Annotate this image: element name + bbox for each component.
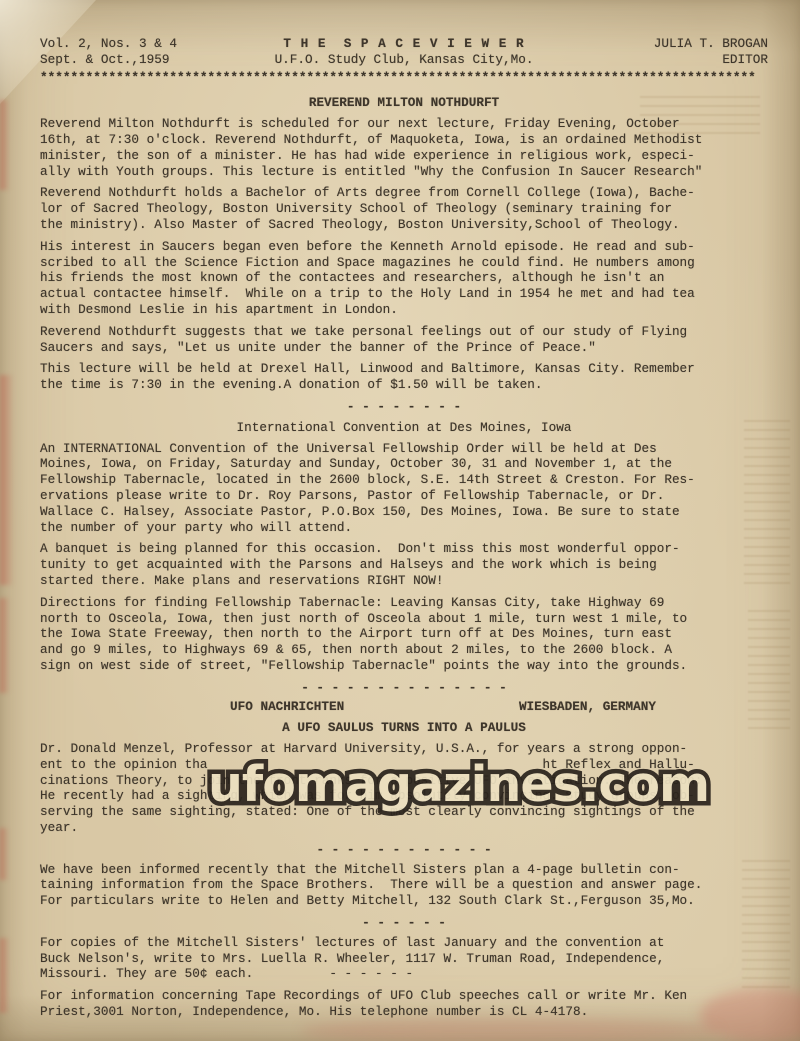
- red-bottom-smudge: [300, 1018, 720, 1041]
- paragraph: For copies of the Mitchell Sisters' lect…: [40, 935, 768, 982]
- text-line: ally with Youth groups. This lecture is …: [40, 164, 768, 180]
- paragraph: Dr. Donald Menzel, Professor at Harvard …: [40, 741, 768, 836]
- date-line: Sept. & Oct.,1959: [40, 52, 275, 68]
- text-line: his friends the most known of the contac…: [40, 270, 768, 286]
- text-line: Reverend Nothdurft suggests that we take…: [40, 324, 768, 340]
- text-line: Wallace C. Halsey, Associate Pastor, P.O…: [40, 504, 768, 520]
- scanned-newsletter-page: Vol. 2, Nos. 3 & 4 Sept. & Oct.,1959 T H…: [0, 0, 800, 1041]
- text-line: Directions for finding Fellowship Tabern…: [40, 595, 768, 611]
- text-line: His interest in Saucers began even befor…: [40, 239, 768, 255]
- text-line: Reverend Nothdurft holds a Bachelor of A…: [40, 185, 768, 201]
- text-line: started there. Make plans and reservatio…: [40, 573, 768, 589]
- document-body: REVEREND MILTON NOTHDURFTReverend Milton…: [40, 95, 768, 1019]
- dashed-separator: - - - - - - - - - - - - - -: [40, 680, 768, 696]
- text-line: scribed to all the Science Fiction and S…: [40, 255, 768, 271]
- text-line: An INTERNATIONAL Convention of the Unive…: [40, 441, 768, 457]
- text-line: Fellowship Tabernacle, located in the 26…: [40, 472, 768, 488]
- text-line: Priest,3001 Norton, Independence, Mo. Hi…: [40, 1004, 768, 1020]
- text-line: taining information from the Space Broth…: [40, 877, 768, 893]
- paragraph: We have been informed recently that the …: [40, 862, 768, 909]
- text-line: For information concerning Tape Recordin…: [40, 988, 768, 1004]
- section-heading: REVEREND MILTON NOTHDURFT: [40, 95, 768, 111]
- text-line: actual contactee himself. While on a tri…: [40, 286, 768, 302]
- text-line: ent to the opinion tha ht Reflex and Hal…: [40, 757, 768, 773]
- paragraph: Reverend Nothdurft holds a Bachelor of A…: [40, 185, 768, 232]
- text-line: For copies of the Mitchell Sisters' lect…: [40, 935, 768, 951]
- text-line: north to Osceola, Iowa, then just north …: [40, 611, 768, 627]
- paragraph: For information concerning Tape Recordin…: [40, 988, 768, 1020]
- page-content: Vol. 2, Nos. 3 & 4 Sept. & Oct.,1959 T H…: [0, 0, 800, 1020]
- paragraph: Directions for finding Fellowship Tabern…: [40, 595, 768, 674]
- text-line: cinations Theory, to join the front rank…: [40, 773, 768, 789]
- text-line: tunity to get acquainted with the Parson…: [40, 557, 768, 573]
- organization-line: U.F.O. Study Club, Kansas City,Mo.: [275, 52, 534, 68]
- paragraph: A banquet is being planned for this occa…: [40, 541, 768, 588]
- paragraph: Reverend Milton Nothdurft is scheduled f…: [40, 116, 768, 179]
- text-line: Buck Nelson's, write to Mrs. Luella R. W…: [40, 951, 768, 967]
- text-line: lor of Sacred Theology, Boston Universit…: [40, 201, 768, 217]
- masthead: Vol. 2, Nos. 3 & 4 Sept. & Oct.,1959 T H…: [40, 36, 768, 68]
- newsletter-title: T H E S P A C E V I E W E R: [275, 36, 534, 52]
- text-line: sign on west side of street, "Fellowship…: [40, 658, 768, 674]
- text-line: the ministry). Also Master of Sacred The…: [40, 217, 768, 233]
- text-line: This lecture will be held at Drexel Hall…: [40, 361, 768, 377]
- editor-name: JULIA T. BROGAN: [533, 36, 768, 52]
- text-line: A banquet is being planned for this occa…: [40, 541, 768, 557]
- text-line: Dr. Donald Menzel, Professor at Harvard …: [40, 741, 768, 757]
- text-line: For particulars write to Helen and Betty…: [40, 893, 768, 909]
- text-line: Reverend Milton Nothdurft is scheduled f…: [40, 116, 768, 132]
- editor-role: EDITOR: [533, 52, 768, 68]
- paragraph: His interest in Saucers began even befor…: [40, 239, 768, 318]
- text-line: the number of your party who will attend…: [40, 520, 768, 536]
- text-line: year.: [40, 820, 768, 836]
- section-heading: A UFO SAULUS TURNS INTO A PAULUS: [40, 720, 768, 736]
- two-column-heading: UFO NACHRICHTENWIESBADEN, GERMANY: [40, 699, 768, 715]
- text-line: minister, the son of a minister. He has …: [40, 148, 768, 164]
- text-line: He recently had a sighting, which was fo…: [40, 788, 768, 804]
- text-line: 16th, at 7:30 o'clock. Reverend Nothdurf…: [40, 132, 768, 148]
- paragraph: Reverend Nothdurft suggests that we take…: [40, 324, 768, 356]
- column-heading-left: UFO NACHRICHTEN: [230, 699, 344, 715]
- volume-line: Vol. 2, Nos. 3 & 4: [40, 36, 275, 52]
- text-line: We have been informed recently that the …: [40, 862, 768, 878]
- text-line: Moines, Iowa, on Friday, Saturday and Su…: [40, 456, 768, 472]
- star-divider: ****************************************…: [40, 70, 768, 86]
- text-line: with Desmond Leslie in his apartment in …: [40, 302, 768, 318]
- text-line: ervations please write to Dr. Roy Parson…: [40, 488, 768, 504]
- text-line: and go 9 miles, to Highways 69 & 65, the…: [40, 642, 768, 658]
- paragraph: An INTERNATIONAL Convention of the Unive…: [40, 441, 768, 536]
- column-heading-right: WIESBADEN, GERMANY: [519, 699, 656, 715]
- text-line: Saucers and says, "Let us unite under th…: [40, 340, 768, 356]
- text-line: the Iowa State Freeway, then north to th…: [40, 626, 768, 642]
- section-heading: International Convention at Des Moines, …: [40, 420, 768, 436]
- dashed-separator: - - - - - - - -: [40, 399, 768, 415]
- text-line: Missouri. They are 50¢ each. - - - - - -: [40, 966, 768, 982]
- dashed-separator: - - - - - - - - - - - -: [40, 842, 768, 858]
- text-line: serving the same sighting, stated: One o…: [40, 804, 768, 820]
- dashed-separator: - - - - - -: [40, 915, 768, 931]
- paragraph: This lecture will be held at Drexel Hall…: [40, 361, 768, 393]
- text-line: the time is 7:30 in the evening.A donati…: [40, 377, 768, 393]
